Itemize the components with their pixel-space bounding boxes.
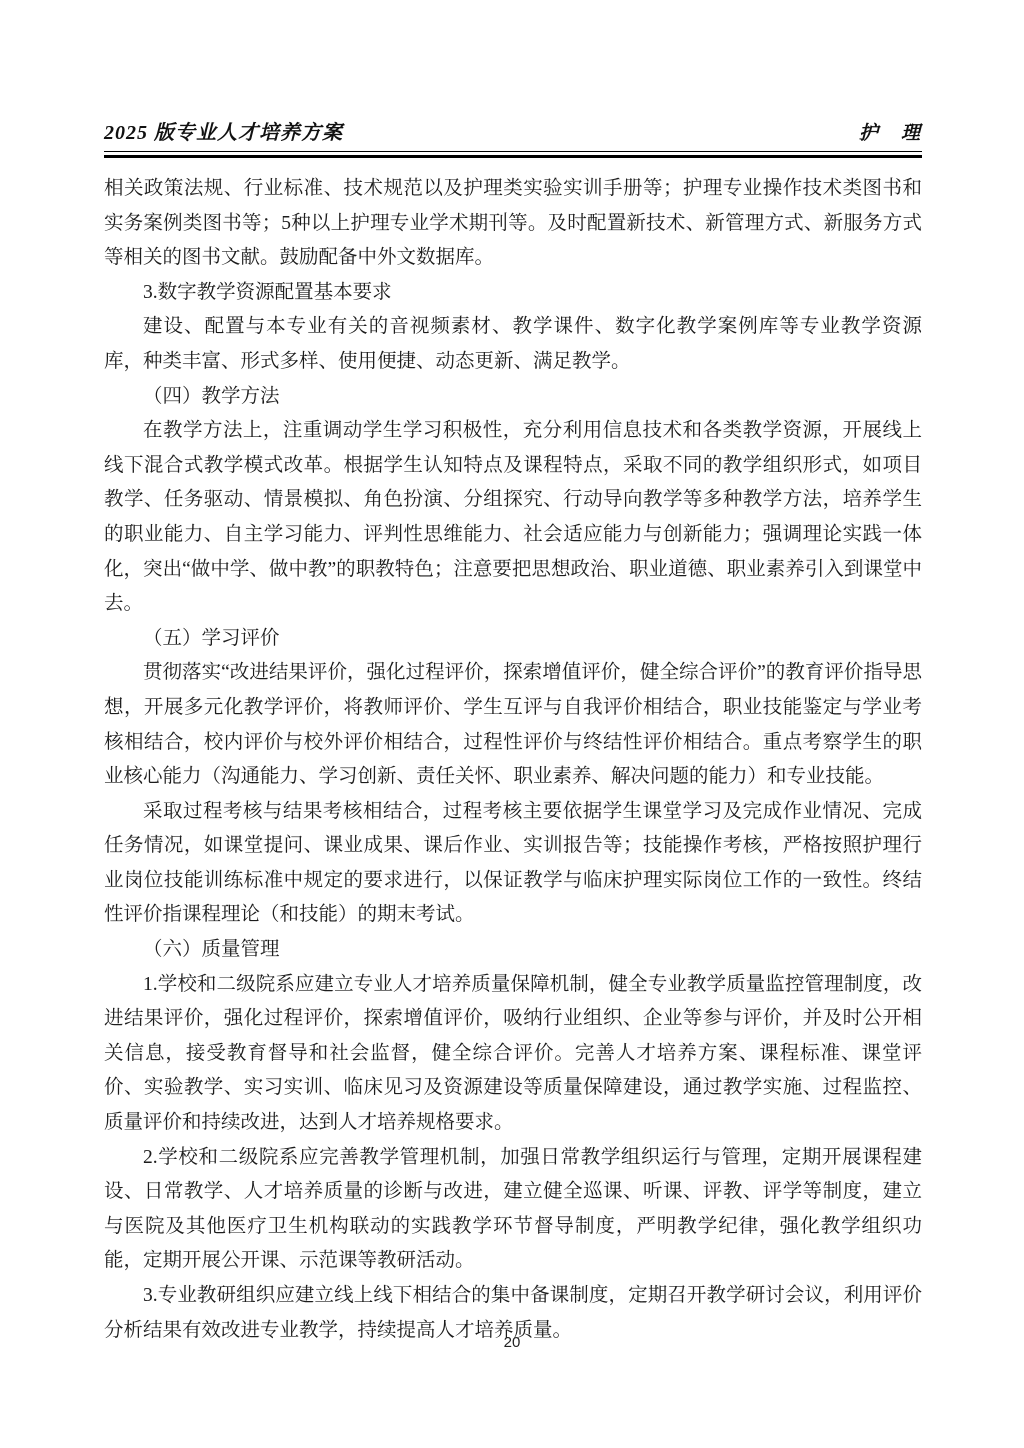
header-major-name: 护 理 [859,118,922,145]
document-body: 相关政策法规、行业标准、技术规范以及护理类实验实训手册等；护理专业操作技术类图书… [104,172,922,1348]
page-header-row: 2025 版专业人才培养方案 护 理 [104,116,922,149]
heading-quality-management: （六）质量管理 [104,933,922,968]
heading-learning-evaluation: （五）学习评价 [104,622,922,657]
heading-digital-resources: 3.数字教学资源配置基本要求 [104,276,922,311]
paragraph-evaluation-policy: 贯彻落实“改进结果评价，强化过程评价，探索增值评价，健全综合评价”的教育评价指导… [104,656,922,794]
page-number: 20 [504,1334,521,1351]
paragraph-digital-resources: 建设、配置与本专业有关的音视频素材、教学课件、数字化教学案例库等专业教学资源库，… [104,310,922,379]
header-document-title: 2025 版专业人才培养方案 [104,116,343,145]
header-divider [104,151,922,158]
paragraph-teaching-methods: 在教学方法上，注重调动学生学习积极性，充分利用信息技术和各类教学资源，开展线上线… [104,414,922,622]
page-header: 2025 版专业人才培养方案 护 理 [104,116,922,158]
paragraph-quality-item-2: 2.学校和二级院系应完善教学管理机制，加强日常教学组织运行与管理，定期开展课程建… [104,1141,922,1279]
paragraph-quality-item-1: 1.学校和二级院系应建立专业人才培养质量保障机制，健全专业教学质量监控管理制度，… [104,968,922,1141]
paragraph-assessment-methods: 采取过程考核与结果考核相结合，过程考核主要依据学生课堂学习及完成作业情况、完成任… [104,795,922,933]
page-footer: 20 [0,1334,1024,1352]
document-page: 2025 版专业人才培养方案 护 理 相关政策法规、行业标准、技术规范以及护理类… [0,0,1024,1448]
heading-teaching-methods: （四）教学方法 [104,380,922,415]
paragraph-continuation: 相关政策法规、行业标准、技术规范以及护理类实验实训手册等；护理专业操作技术类图书… [104,172,922,276]
